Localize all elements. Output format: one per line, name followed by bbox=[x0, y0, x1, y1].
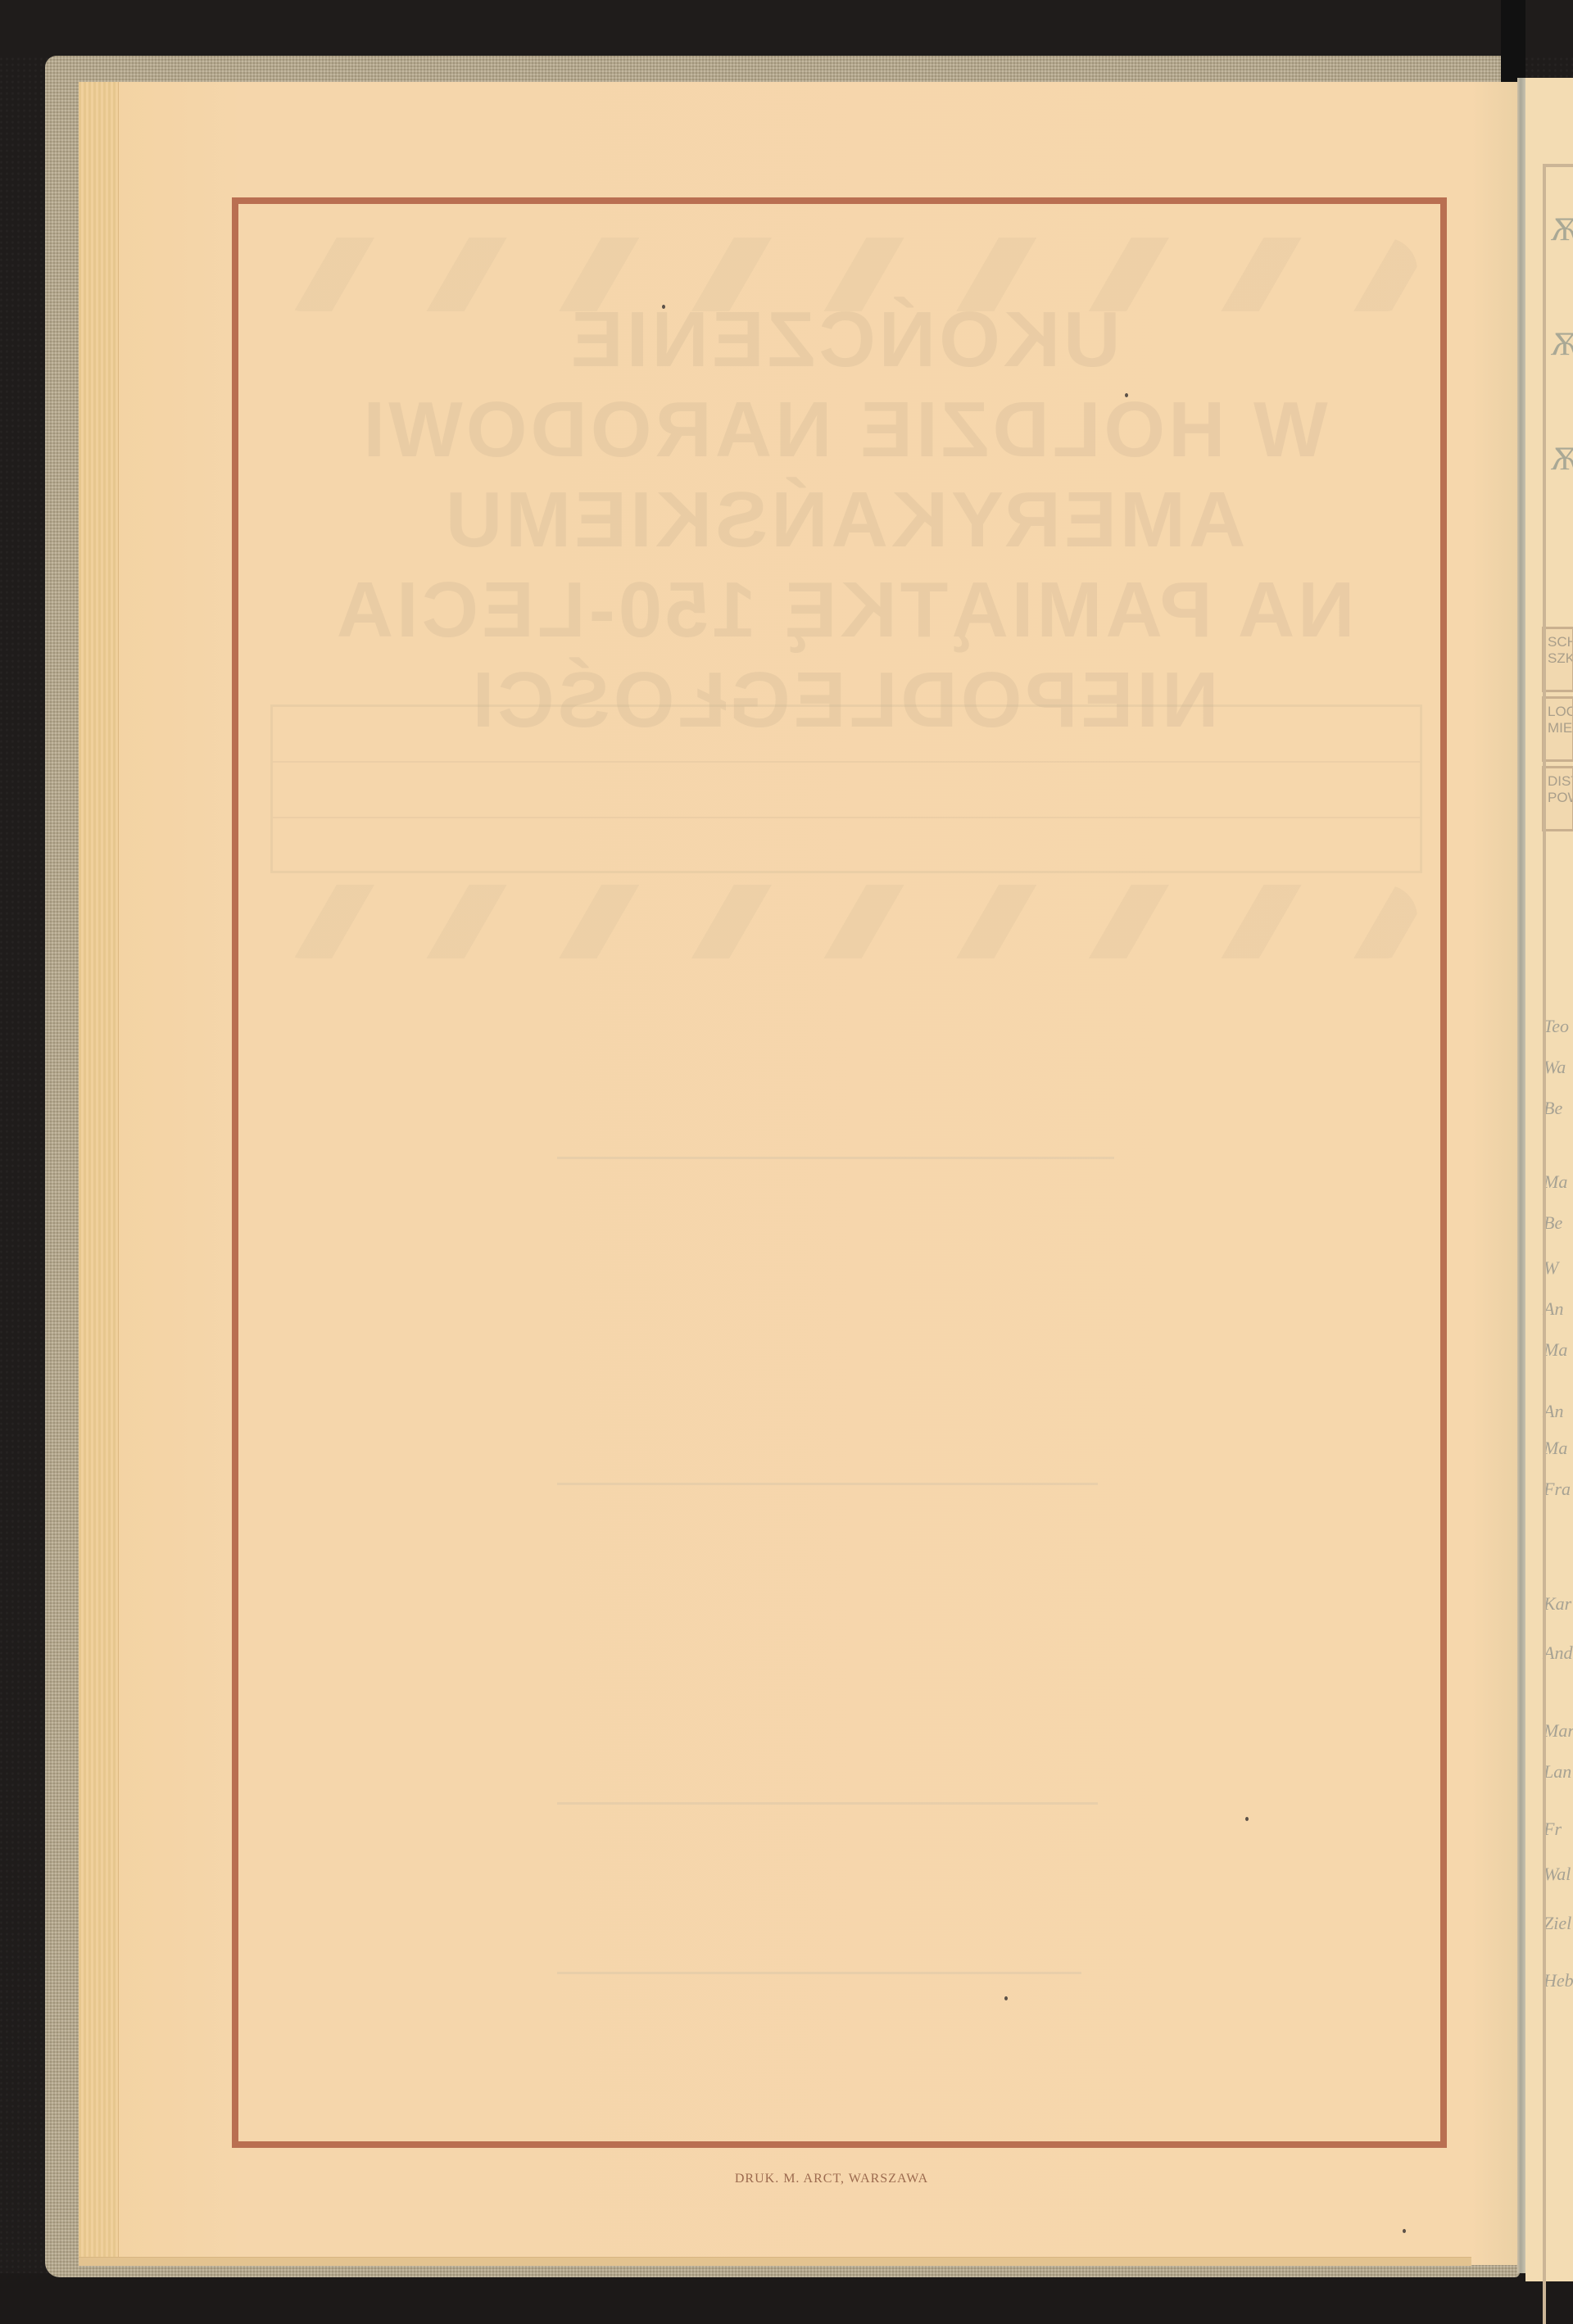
page-stack-edges bbox=[79, 82, 119, 2265]
scan-background-bottom bbox=[0, 2273, 1573, 2324]
dust-speck bbox=[662, 305, 665, 309]
dust-speck bbox=[1004, 1996, 1008, 2000]
scan-background-top bbox=[0, 0, 1573, 56]
printed-border-frame bbox=[232, 197, 1447, 2148]
adjacent-page-frame bbox=[1543, 164, 1573, 2324]
dust-speck bbox=[1403, 2229, 1406, 2233]
printer-imprint: DRUK. M. ARCT, WARSZAWA bbox=[0, 2172, 1573, 2186]
spine-shadow bbox=[1501, 0, 1525, 82]
dust-speck bbox=[1125, 393, 1128, 397]
dust-speck bbox=[1245, 1817, 1249, 1821]
page-bottom-edge bbox=[79, 2257, 1471, 2266]
book-gutter bbox=[1517, 78, 1525, 2273]
